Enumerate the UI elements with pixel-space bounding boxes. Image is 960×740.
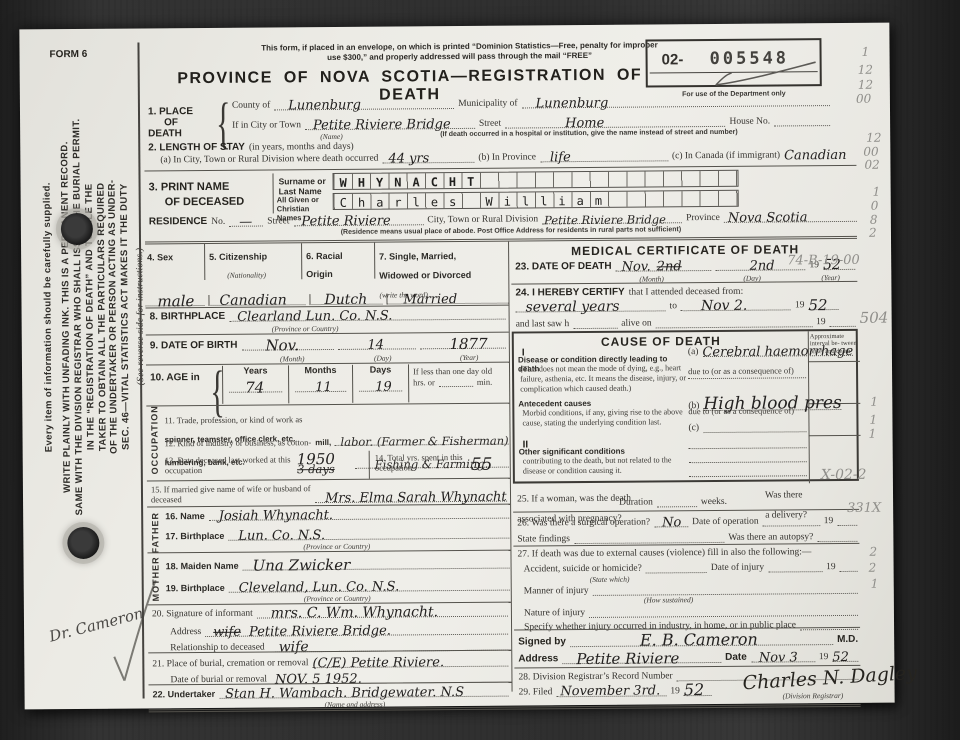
cause-due1: due to (or as a consequence of) (688, 365, 794, 376)
pencil-note: 12 (858, 63, 873, 77)
s14-label1: 14. Total yrs. spent in (375, 452, 448, 463)
pencil-note: 2 (869, 561, 877, 575)
cause-c-row: (c) (688, 421, 806, 433)
pencil-note: 331X (847, 501, 881, 516)
birthplace-row: 8. BIRTHPLACE Clearland Lun. Co. N.S. (150, 309, 506, 323)
row-24-heading: 24. I HEREBY CERTIFY that I attended dec… (515, 286, 743, 299)
s27-nature-row: Nature of injury (524, 605, 858, 619)
s21-label: 21. Place of burial, cremation or remova… (152, 658, 308, 669)
rule (146, 403, 509, 407)
pencil-code-note: 74-B-19-00 (787, 253, 860, 269)
marital-label1: 7. Single, Married, (379, 251, 456, 262)
s26-op-field: No (654, 516, 688, 527)
s21-value: (C/E) Petite Riviere. (312, 658, 444, 669)
age-label-row: 10. AGE in (150, 372, 200, 383)
row-19: 19. Birthplace Cleveland, Lun. Co. N.S. (166, 580, 510, 594)
s28-label: 28. Division Registrar’s Record Number (518, 671, 672, 682)
s22-value: Stan H. Wambach. Bridgewater. N.S (225, 688, 464, 700)
city-field: Petite Riviere Bridge (305, 118, 475, 130)
s2a-value: 44 yrs (388, 154, 429, 165)
hospital-note: (If death occurred in a hospital or inst… (440, 129, 738, 138)
age-hrs-field (439, 376, 473, 387)
residence-no-value: — (239, 217, 252, 227)
s24-year2-prefix: 19 (816, 317, 826, 327)
age-months-field: 11 (295, 381, 346, 392)
row-16: 16. Name Josiah Whynacht. (165, 508, 509, 522)
s20-label: 20. Signature of informant (152, 609, 253, 620)
signed-year-field: 52 (832, 651, 858, 662)
s24-from-field: several years (515, 300, 665, 312)
s27-specify-field (800, 619, 858, 630)
s26-findings-field (574, 532, 725, 544)
s16-value: Josiah Whynacht. (219, 511, 333, 522)
birth-month-value: Nov. (265, 339, 299, 351)
cause-a-value: Cerebral haemorrhage (702, 346, 853, 358)
signed-date-value: Nov 3 (759, 653, 798, 664)
residence-street-value: Petite Riviere (301, 216, 390, 227)
s2-heading: 2. LENGTH OF STAY (in years, months and … (148, 141, 354, 154)
s20-address-field: wife Petite Riviere Bridge. (205, 624, 508, 637)
row-4-7: 4. Sex 5. Citizenship (Nationality) 6. R… (145, 242, 508, 281)
registrar-sub: (Division Registrar) (783, 691, 844, 700)
s23-month-field: Nov. 2nd (615, 260, 711, 272)
s26-autopsy-field (817, 531, 857, 542)
birthplace-field: Clearland Lun. Co. N.S. (229, 309, 506, 322)
citizenship-value: Canadian (219, 295, 286, 307)
s2-heading-paren: (in years, months and days) (249, 142, 354, 153)
birthplace-value: Clearland Lun. Co. N.S. (237, 311, 392, 323)
birth-day-field: 14 (337, 338, 415, 350)
citizenship-field: Canadian (208, 294, 305, 306)
s24-year-field: 52 (808, 299, 838, 310)
municipality-field: Lunenburg (522, 95, 830, 108)
signed-address-field: Petite Riviere (562, 652, 721, 664)
s18-label: 18. Maiden Name (166, 561, 239, 572)
pencil-note: 00 (863, 145, 878, 159)
s3-line2: OF DECEASED (165, 196, 245, 209)
pencil-note: 02 (864, 158, 879, 172)
s27-accident-label: Accident, suicide or homicide? (524, 564, 642, 575)
age-label: 10. AGE in (150, 372, 200, 383)
s26-op-value: No (662, 518, 681, 529)
s20-value: mrs. C. Wm. Whynacht. (271, 607, 438, 620)
pencil-note: 1 (871, 577, 879, 591)
birth-year-field: 1877 (419, 338, 505, 350)
s1-line2: OF (164, 117, 178, 128)
age-months-cell: Months 11 (288, 365, 352, 404)
s25-duration-label: Duration (619, 497, 653, 507)
birth-year-sub: (Year) (460, 353, 479, 362)
row-21: 21. Place of burial, cremation or remova… (152, 656, 508, 670)
s19-label: 19. Birthplace (166, 583, 225, 593)
occupation-14: 14. Total yrs. spent in this occupation … (375, 452, 509, 473)
s24-to-value: Nov 2. (701, 301, 747, 313)
s24-year-value: 52 (808, 299, 827, 311)
s27-nature-field (589, 605, 858, 618)
s24-year2-field (830, 316, 856, 327)
age-years-value: 74 (245, 382, 264, 394)
s2c-label: (c) In Canada (if immigrant) (672, 150, 780, 161)
s25-duration-field (657, 496, 697, 507)
municipality-label: Municipality of (458, 99, 517, 109)
s13-label1: 13. Date deceased last worked (165, 454, 268, 465)
house-no-field (774, 115, 830, 126)
s29-date-value: November 3rd. (560, 687, 660, 698)
s17-field: Lun. Co. N.S. (228, 528, 509, 541)
row-4-7-values: male Canadian Dutch Married (145, 278, 508, 307)
s20-address-label: Address (170, 627, 201, 637)
sex-field: male (145, 295, 204, 306)
county-row: County of Lunenburg Municipality of Lune… (232, 95, 830, 111)
cause-a-label: (a) (688, 347, 699, 357)
birth-month-field: Nov. (241, 339, 333, 351)
signed-year-value: 52 (832, 653, 849, 664)
s27-nature-label: Nature of injury (524, 608, 585, 618)
pencil-note: 1 (861, 45, 869, 59)
father-side-label: FATHER (150, 510, 160, 554)
s3-line1: PRINT NAME (161, 181, 230, 194)
sex-label: 4. Sex (147, 252, 173, 262)
row-22: 22. Undertaker Stan H. Wambach. Bridgewa… (153, 686, 509, 700)
pencil-note: 8 (870, 213, 878, 227)
s24-label-rest: that I attended deceased from: (629, 287, 744, 298)
county-value: Lunenburg (288, 100, 361, 111)
cause-of-death-box: CAUSE OF DEATH Approximate interval be- … (512, 329, 859, 484)
racial-origin-value: Dutch (324, 295, 367, 307)
s27-accident-row: Accident, suicide or homicide? Date of i… (524, 561, 858, 575)
s27-year-field (840, 561, 858, 572)
s16-field: Josiah Whynacht. (209, 508, 510, 521)
signed-date-label: Date (725, 652, 747, 663)
margin-line: Every item of information should be care… (41, 57, 57, 577)
s18-field: Una Zwicker (243, 558, 510, 571)
s3-number: 3. (149, 181, 158, 193)
pencil-note: 0 (871, 199, 879, 213)
pencil-note: 2 (869, 226, 877, 240)
age-hours-cell: If less than one day old hrs. ormin. (408, 364, 509, 403)
s22-field: Stan H. Wambach. Bridgewater. N.S (219, 686, 509, 699)
signed-value: E. B. Cameron (640, 634, 758, 648)
age-months-label: Months (289, 365, 352, 375)
s27-state-which: (State which) (590, 575, 630, 584)
s24-lastsaw-label: and last saw h (516, 319, 570, 329)
city-label: If in City or Town (232, 120, 301, 131)
s25-weeks-label: weeks. (701, 497, 727, 507)
s11-label1: 11. Trade, profession, or kind of work a… (164, 414, 302, 425)
s29-label: 29. Filed (519, 687, 553, 697)
row-17: 17. Birthplace Lun. Co. N.S. (165, 528, 509, 542)
md-label: M.D. (837, 634, 858, 645)
county-label: County of (232, 100, 270, 110)
pencil-note: 12 (866, 131, 881, 145)
signed-address-value: Petite Riviere (576, 652, 679, 665)
row-15: 15. If married give name of wife or husb… (151, 482, 507, 505)
sex-value: male (157, 295, 194, 307)
province-field: Nova Scotia (724, 211, 857, 223)
street-label: Street (479, 119, 501, 129)
racial-origin-field: Dutch (309, 294, 382, 306)
rule (689, 447, 807, 449)
birth-day-sub: (Day) (374, 354, 392, 363)
occupation-side-label: OCCUPATION (149, 410, 160, 474)
s19-value: Cleveland, Lun. Co. N.S. (239, 582, 399, 594)
rule (147, 550, 510, 554)
s1-label: 1. PLACE OF DEATH (148, 106, 193, 139)
s26-date-field (763, 515, 820, 526)
s15-field: Mrs. Elma Sarah Whynacht (315, 491, 507, 504)
age-note2: hrs. or (413, 377, 435, 387)
registration-prefix: 02- (662, 51, 684, 68)
antecedent-note: Morbid conditions, if any, giving rise t… (522, 407, 686, 428)
rule (147, 478, 510, 482)
age-days-field: 19 (359, 380, 402, 391)
age-days-cell: Days 19 (352, 364, 408, 402)
s14-value: 55 (471, 459, 493, 473)
citizenship-sub: (Nationality) (227, 270, 266, 279)
row-26: 26. Was there a surgical operation? No D… (517, 515, 857, 529)
given-label1: All Given or (277, 195, 319, 204)
age-months-value: 11 (315, 383, 332, 394)
s27-year-prefix: 19 (826, 562, 836, 572)
s20-address-value: Petite Riviere Bridge. (249, 626, 391, 638)
s24-aliveon-field (656, 316, 813, 328)
pencil-note: X-02-2 (821, 467, 867, 483)
signed-address-label: Address (518, 653, 558, 664)
s26-year-field (837, 515, 857, 526)
age-years-cell: Years 74 (222, 365, 288, 404)
occupation-13: 13. Date deceased last worked at this oc… (165, 453, 365, 476)
age-days-value: 19 (375, 382, 392, 393)
pencil-note: 1 (873, 185, 881, 199)
age-years-field: 74 (229, 381, 282, 392)
s23-day-value: 2nd (749, 261, 774, 272)
rule (689, 475, 807, 477)
city-value: Petite Riviere Bridge (313, 120, 451, 131)
rule (144, 165, 856, 172)
name-note: (Name) (320, 132, 343, 141)
s21-field: (C/E) Petite Riviere. (312, 656, 508, 669)
signed-address-row: Address Petite Riviere Date Nov 3 19 52 (518, 651, 858, 665)
row-24-values: several years to Nov 2. 19 52 (515, 299, 855, 313)
pencil-note: 504 (860, 309, 889, 327)
age-days-label: Days (353, 364, 408, 374)
cause-a-field: Cerebral haemorrhage (702, 345, 853, 357)
birthdate-label: 9. DATE OF BIRTH (150, 340, 238, 352)
signed-date-field: Nov 3 (751, 651, 815, 663)
s22-label: 22. Undertaker (153, 689, 216, 699)
pencil-note: 2 (869, 545, 877, 559)
street-field: Home (505, 116, 725, 129)
row-20-address: Address wife Petite Riviere Bridge. (170, 624, 508, 638)
s2-heading-bold: 2. LENGTH OF STAY (148, 142, 245, 154)
row-24-lastsaw: and last saw h alive on 19 (516, 316, 856, 330)
s2b-label: (b) In Province (478, 152, 536, 162)
rule (808, 361, 860, 362)
s26-findings-label: State findings (517, 534, 570, 544)
s13-struck-value: 3 days (297, 465, 335, 474)
racial-origin-label: 6. Racial Origin (306, 251, 343, 279)
s26-autopsy-label: Was there an autopsy? (728, 532, 813, 543)
s3-label: 3. PRINT NAME OF DECEASED (149, 180, 245, 210)
s24-from-value: several years (526, 302, 620, 314)
other-note: contributing to the death, but not relat… (523, 455, 683, 476)
s2a-label: (a) In City, Town or Rural Division wher… (160, 154, 378, 166)
s24-label-bold: 24. I HEREBY CERTIFY (515, 287, 624, 299)
s2a-field: 44 yrs (382, 152, 474, 164)
registrar-signature: Charles N. Dagley (742, 662, 918, 694)
s16-label: 16. Name (165, 511, 205, 521)
s12-label1: 12. Kind of industry or business, as cot… (165, 437, 312, 448)
surname-label: Surname or Last Name (279, 176, 331, 197)
s24-to-field: Nov 2. (681, 299, 791, 311)
s13-field: 1950 3 days (297, 453, 335, 474)
citizenship-label: 5. Citizenship (209, 251, 267, 261)
s18-value: Una Zwicker (253, 559, 351, 572)
s1-number: 1. (148, 106, 156, 117)
municipality-value: Lunenburg (536, 98, 609, 109)
pencil-note: 1 (869, 413, 877, 427)
left-margin-vertical-text: Every item of information should be care… (36, 56, 148, 577)
s2c-value: Canadian (784, 151, 847, 162)
rule (511, 281, 857, 285)
s29-year-prefix: 19 (670, 686, 680, 696)
pencil-note: 1 (870, 395, 878, 409)
cause-lead-note: (This does not mean the mode of dying, e… (520, 363, 686, 394)
province-label: Province (686, 213, 720, 223)
marital-cell: 7. Single, Married, Widowed or Divorced … (374, 242, 508, 279)
birthdate-row: 9. DATE OF BIRTH Nov. 14 1877 (150, 338, 506, 352)
rule (809, 435, 861, 436)
s27-how-sustained: (How sustained) (644, 595, 693, 604)
s20-struck: wife (213, 627, 241, 638)
punch-hole (61, 213, 93, 245)
s26-label: 26. Was there a surgical operation? (517, 517, 650, 528)
s19-field: Cleveland, Lun. Co. N.S. (229, 580, 510, 593)
house-no-label: House No. (729, 117, 770, 127)
s25-was1: Was there (765, 490, 803, 500)
residence-street-field: Petite Riviere (293, 214, 423, 226)
birth-day-value: 14 (367, 340, 384, 351)
s24-year-prefix: 19 (795, 300, 805, 310)
surname-label1: Surname or (279, 176, 326, 186)
row-18: 18. Maiden Name Una Zwicker (166, 558, 510, 572)
cause-due2: due to (or as a consequence of) (688, 405, 794, 416)
rule (272, 173, 273, 213)
rule (689, 461, 807, 463)
marital-value: Married (403, 295, 457, 306)
division-field: Petite Riviere Bridge (542, 212, 682, 224)
s27-accident-field (646, 562, 707, 573)
s23-month-struck: 2nd (657, 262, 682, 273)
pencil-note: 12 (858, 78, 873, 92)
mother-side-label: MOTHER (150, 556, 160, 602)
division-label: City, Town or Rural Division (427, 214, 538, 225)
s24-h-field (573, 318, 617, 329)
s26-date-label: Date of operation (692, 517, 759, 528)
s29-year-value: 52 (684, 684, 704, 697)
racial-origin-cell: 6. Racial Origin (301, 243, 374, 280)
rule (688, 377, 806, 379)
division-value: Petite Riviere Bridge (544, 215, 666, 225)
signed-row: Signed by E. B. Cameron M.D. (518, 633, 858, 647)
pencil-note: 1 (868, 427, 876, 441)
row-20: 20. Signature of informant mrs. C. Wm. W… (152, 606, 508, 620)
s24-aliveon-label: alive on (621, 318, 651, 328)
s15-label1: 15. If married give name of wife (151, 484, 262, 495)
department-box: 02- 005548 (645, 38, 821, 87)
punch-hole (67, 527, 99, 559)
residence-no-label: No. (211, 217, 225, 227)
age-years-label: Years (223, 365, 288, 376)
sex-cell: 4. Sex (145, 244, 204, 280)
s2b-value: life (550, 153, 571, 164)
s17-value: Lun. Co. N.S. (238, 531, 325, 542)
s15-value: Mrs. Elma Sarah Whynacht (325, 493, 507, 505)
birth-month-sub: (Month) (280, 354, 305, 363)
s25-label1: 25. If a woman, was the death (517, 494, 631, 505)
s27-injury-date-field (768, 561, 822, 572)
marital-field: Married (386, 293, 508, 305)
citizenship-cell: 5. Citizenship (Nationality) (204, 243, 301, 280)
cause-c-label: (c) (688, 423, 699, 433)
signed-field: E. B. Cameron (570, 633, 833, 647)
s27-manner-field (593, 583, 858, 596)
s27-heading: 27. If death was due to external causes … (517, 547, 811, 559)
age-note3: min. (477, 377, 492, 387)
pencil-note: 00 (856, 92, 871, 106)
s23-label: 23. DATE OF DEATH (515, 261, 611, 273)
given-name-grid: Charles William (333, 190, 739, 210)
birthplace-label: 8. BIRTHPLACE (150, 311, 226, 323)
age-cells: Years 74 Months 11 Days 19 If less than … (222, 364, 509, 404)
s26-year-prefix: 19 (824, 516, 834, 526)
residence-label: RESIDENCE (149, 216, 207, 227)
residence-no-field: — (229, 216, 263, 227)
s1-line1: PLACE (159, 106, 193, 117)
county-field: Lunenburg (274, 98, 454, 110)
city-row: If in City or Town Petite Riviere Bridge… (232, 115, 830, 131)
cause-a-row: (a) Cerebral haemorrhage (688, 345, 806, 357)
s23-month-value: Nov. (622, 262, 651, 273)
pen-slash (708, 58, 820, 87)
signed-year-prefix: 19 (819, 652, 829, 662)
rule (369, 451, 370, 479)
signed-label: Signed by (518, 636, 566, 647)
cause-c-field (703, 421, 807, 433)
s17-label: 17. Birthplace (165, 531, 224, 541)
residence-street-label: Street (267, 216, 289, 226)
s2b-field: life (540, 150, 668, 162)
age-note1: If less than one day old (413, 366, 505, 377)
street-value: Home (565, 118, 604, 129)
s27-manner-label: Manner of injury (524, 586, 589, 597)
s1-line3: DEATH (148, 128, 182, 139)
surname-grid: WHYNACHT (332, 170, 738, 190)
row-25-duration: Duration weeks. (619, 496, 749, 508)
birth-year-value: 1877 (449, 338, 487, 350)
s27-injury-date-label: Date of injury (711, 563, 764, 573)
row-29: 29. Filed November 3rd. 19 52 (519, 684, 749, 698)
s20-field: mrs. C. Wm. Whynacht. (257, 606, 508, 619)
s24-to-label: to (669, 301, 676, 311)
s29-year-field: 52 (684, 684, 712, 696)
s29-date-field: November 3rd. (556, 685, 666, 697)
death-registration-form: FORM 6 Every item of information should … (19, 23, 894, 710)
province-value: Nova Scotia (728, 213, 808, 224)
